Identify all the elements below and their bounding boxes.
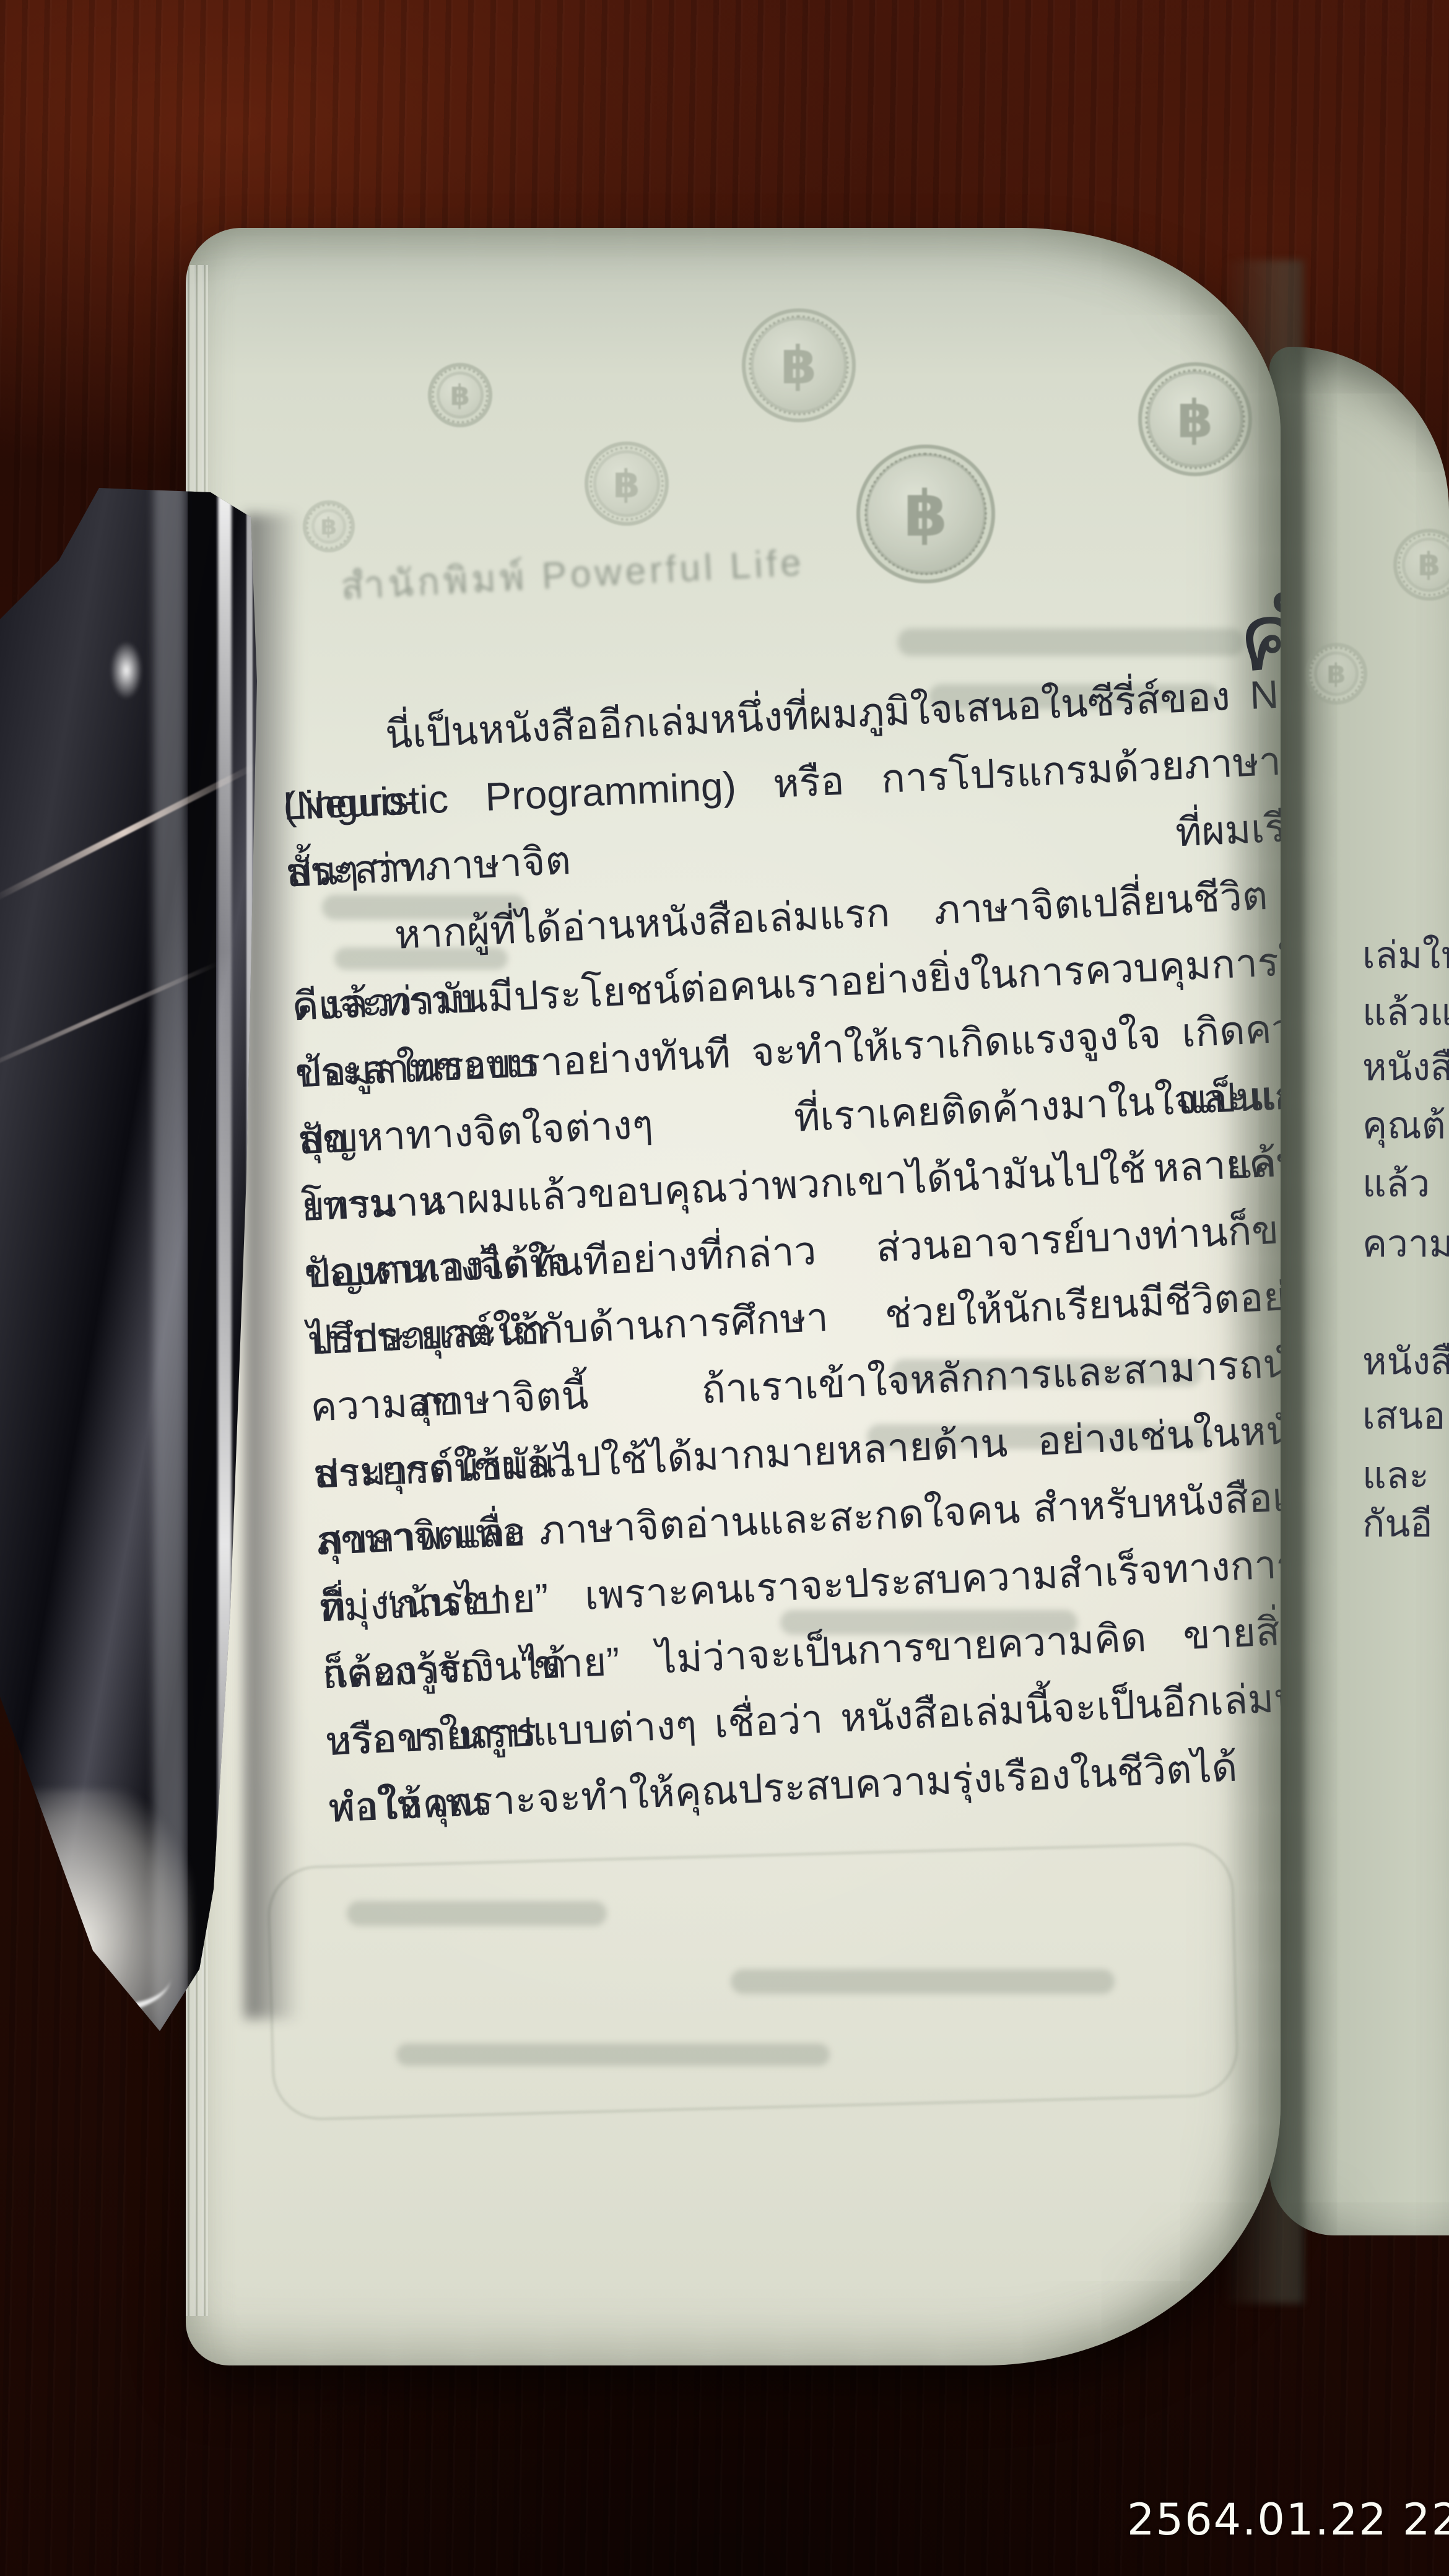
ghost-box-outline (267, 1842, 1239, 2121)
left-page: ฿ ฿ ฿ ฿ ฿ ฿ สำนักพิมพ์ Powerful Life คำน… (186, 228, 1281, 2365)
photo-of-open-book: เล่มใน แล้วแ หนังสื คุณต้ แล้ว ความ หนัง… (0, 0, 1449, 2576)
body-text: นี่เป็นหนังสืออีกเล่มหนึ่งที่ผมภูมิใจเสน… (279, 658, 1281, 1842)
baht-coin-watermark: ฿ (428, 363, 492, 427)
right-page-text-fragment: เสนอ (1362, 1390, 1445, 1443)
baht-icon: ฿ (904, 477, 948, 551)
right-page-text-fragment: แล้ว (1362, 1157, 1430, 1211)
ghost-publisher-text: สำนักพิมพ์ Powerful Life (339, 533, 806, 616)
right-page-text-fragment: เล่มใน (1362, 929, 1449, 982)
clip-specular-spot (110, 641, 142, 700)
baht-coin-watermark: ฿ (1305, 643, 1367, 705)
right-page-text-fragment: แล้วแ (1362, 986, 1449, 1039)
baht-icon: ฿ (321, 513, 337, 541)
camera-timestamp: 2564.01.22 22:20 (1127, 2494, 1449, 2545)
baht-icon: ฿ (1177, 389, 1213, 450)
baht-coin-watermark: ฿ (585, 442, 669, 526)
baht-coin-watermark: ฿ (742, 308, 856, 422)
right-page-text-fragment: คุณต้ (1362, 1099, 1446, 1152)
baht-coin-watermark: ฿ (303, 500, 355, 552)
page-gutter-shadow (1223, 260, 1303, 2304)
right-page-text-fragment: และ (1362, 1449, 1429, 1502)
baht-icon: ฿ (1418, 546, 1440, 583)
right-page-text-fragment: หนังสื (1362, 1041, 1449, 1094)
right-page-text-fragment: ความ (1362, 1217, 1449, 1271)
right-page-text-fragment: หนังสื (1362, 1335, 1449, 1388)
baht-icon: ฿ (1327, 658, 1346, 690)
right-page-text-fragment: กันอี (1362, 1497, 1432, 1551)
baht-coin-watermark: ฿ (856, 445, 995, 583)
baht-icon: ฿ (450, 378, 470, 412)
baht-icon: ฿ (781, 335, 817, 396)
baht-coin-watermark: ฿ (1393, 529, 1449, 601)
baht-icon: ฿ (613, 461, 640, 507)
